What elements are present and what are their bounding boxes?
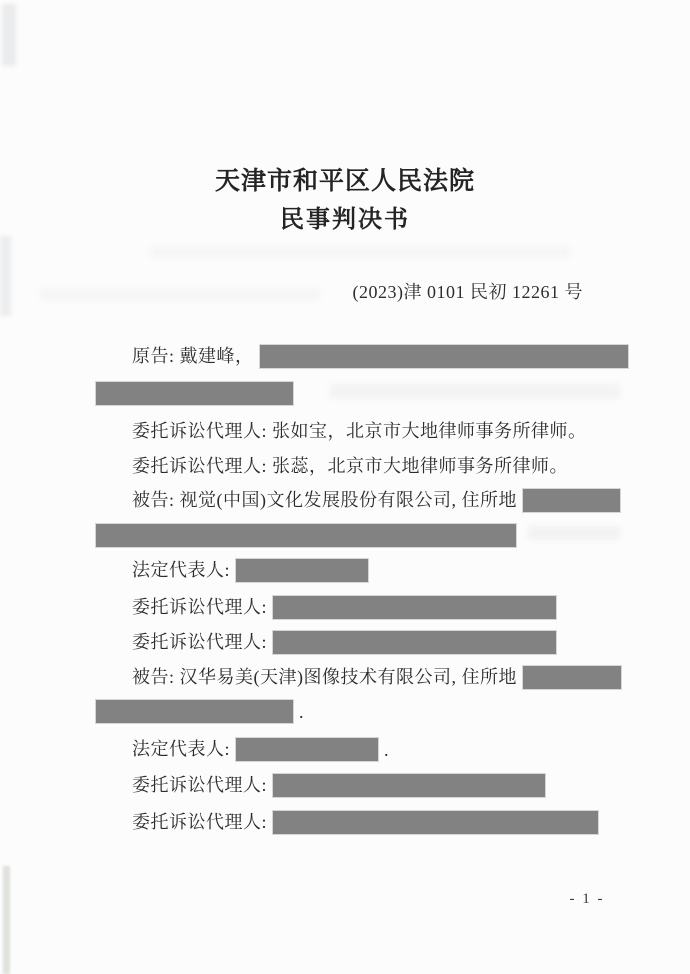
plaintiff-attorney-line-1: 委托诉讼代理人: 张如宝，北京市大地律师事务所律师。 [96, 419, 587, 443]
attorney-label: 委托诉讼代理人: [132, 810, 267, 834]
defendant-1-attorney-line-1: 委托诉讼代理人: [96, 595, 556, 619]
case-number: (2023)津 0101 民初 12261 号 [353, 278, 584, 304]
attorney-text: 委托诉讼代理人: 张蕊，北京市大地律师事务所律师。 [132, 454, 568, 478]
plaintiff-text: 原告: 戴建峰， [132, 344, 254, 368]
scan-artifact [2, 4, 16, 66]
plaintiff-continuation-line [96, 381, 293, 405]
defendant-2-address-continuation-line: . [96, 699, 304, 723]
legal-rep-label: 法定代表人: [132, 737, 230, 761]
period-text: . [384, 740, 389, 761]
attorney-text: 委托诉讼代理人: 张如宝，北京市大地律师事务所律师。 [132, 419, 587, 443]
court-name-title: 天津市和平区人民法院 [0, 161, 690, 197]
redaction-bar [96, 700, 293, 723]
redaction-bar [523, 489, 620, 512]
redaction-bar [236, 738, 378, 761]
defendant-2-attorney-line-1: 委托诉讼代理人: [96, 773, 545, 797]
defendant-text: 被告: 汉华易美(天津)图像技术有限公司, 住所地 [132, 665, 517, 689]
redaction-bar [96, 382, 293, 405]
scan-artifact-bleedthrough [150, 246, 570, 258]
redaction-bar [96, 524, 516, 547]
legal-rep-label: 法定代表人: [132, 558, 230, 582]
scan-artifact-bleedthrough [528, 526, 620, 540]
attorney-label: 委托诉讼代理人: [132, 773, 267, 797]
page-number: - 1 - [560, 891, 614, 908]
redaction-bar [260, 345, 628, 368]
scan-artifact [3, 866, 10, 974]
redaction-bar [523, 666, 621, 689]
attorney-label: 委托诉讼代理人: [132, 595, 267, 619]
defendant-1-attorney-line-2: 委托诉讼代理人: [96, 630, 556, 654]
defendant-2-attorney-line-2: 委托诉讼代理人: [96, 810, 598, 834]
document-type-title: 民事判决书 [0, 199, 690, 234]
plaintiff-attorney-line-2: 委托诉讼代理人: 张蕊，北京市大地律师事务所律师。 [96, 454, 568, 478]
redaction-bar [273, 596, 556, 619]
defendant-1-legal-rep-line: 法定代表人: [96, 558, 368, 582]
defendant-2-legal-rep-line: 法定代表人: . [96, 737, 389, 761]
redaction-bar [273, 631, 556, 654]
redaction-bar [273, 774, 545, 797]
period-text: . [299, 702, 304, 723]
attorney-label: 委托诉讼代理人: [132, 630, 267, 654]
scan-artifact-bleedthrough [40, 288, 320, 301]
scan-artifact [0, 236, 11, 316]
defendant-1-address-continuation-line [96, 523, 516, 547]
defendant-text: 被告: 视觉(中国)文化发展股份有限公司, 住所地 [132, 488, 517, 512]
plaintiff-line: 原告: 戴建峰， [96, 344, 628, 368]
scan-artifact-bleedthrough [330, 384, 620, 399]
defendant-2-line: 被告: 汉华易美(天津)图像技术有限公司, 住所地 [96, 665, 621, 689]
defendant-1-line: 被告: 视觉(中国)文化发展股份有限公司, 住所地 [96, 488, 620, 512]
redaction-bar [273, 811, 598, 834]
judgment-document-page: 天津市和平区人民法院 民事判决书 (2023)津 0101 民初 12261 号… [0, 0, 690, 974]
redaction-bar [236, 559, 368, 582]
